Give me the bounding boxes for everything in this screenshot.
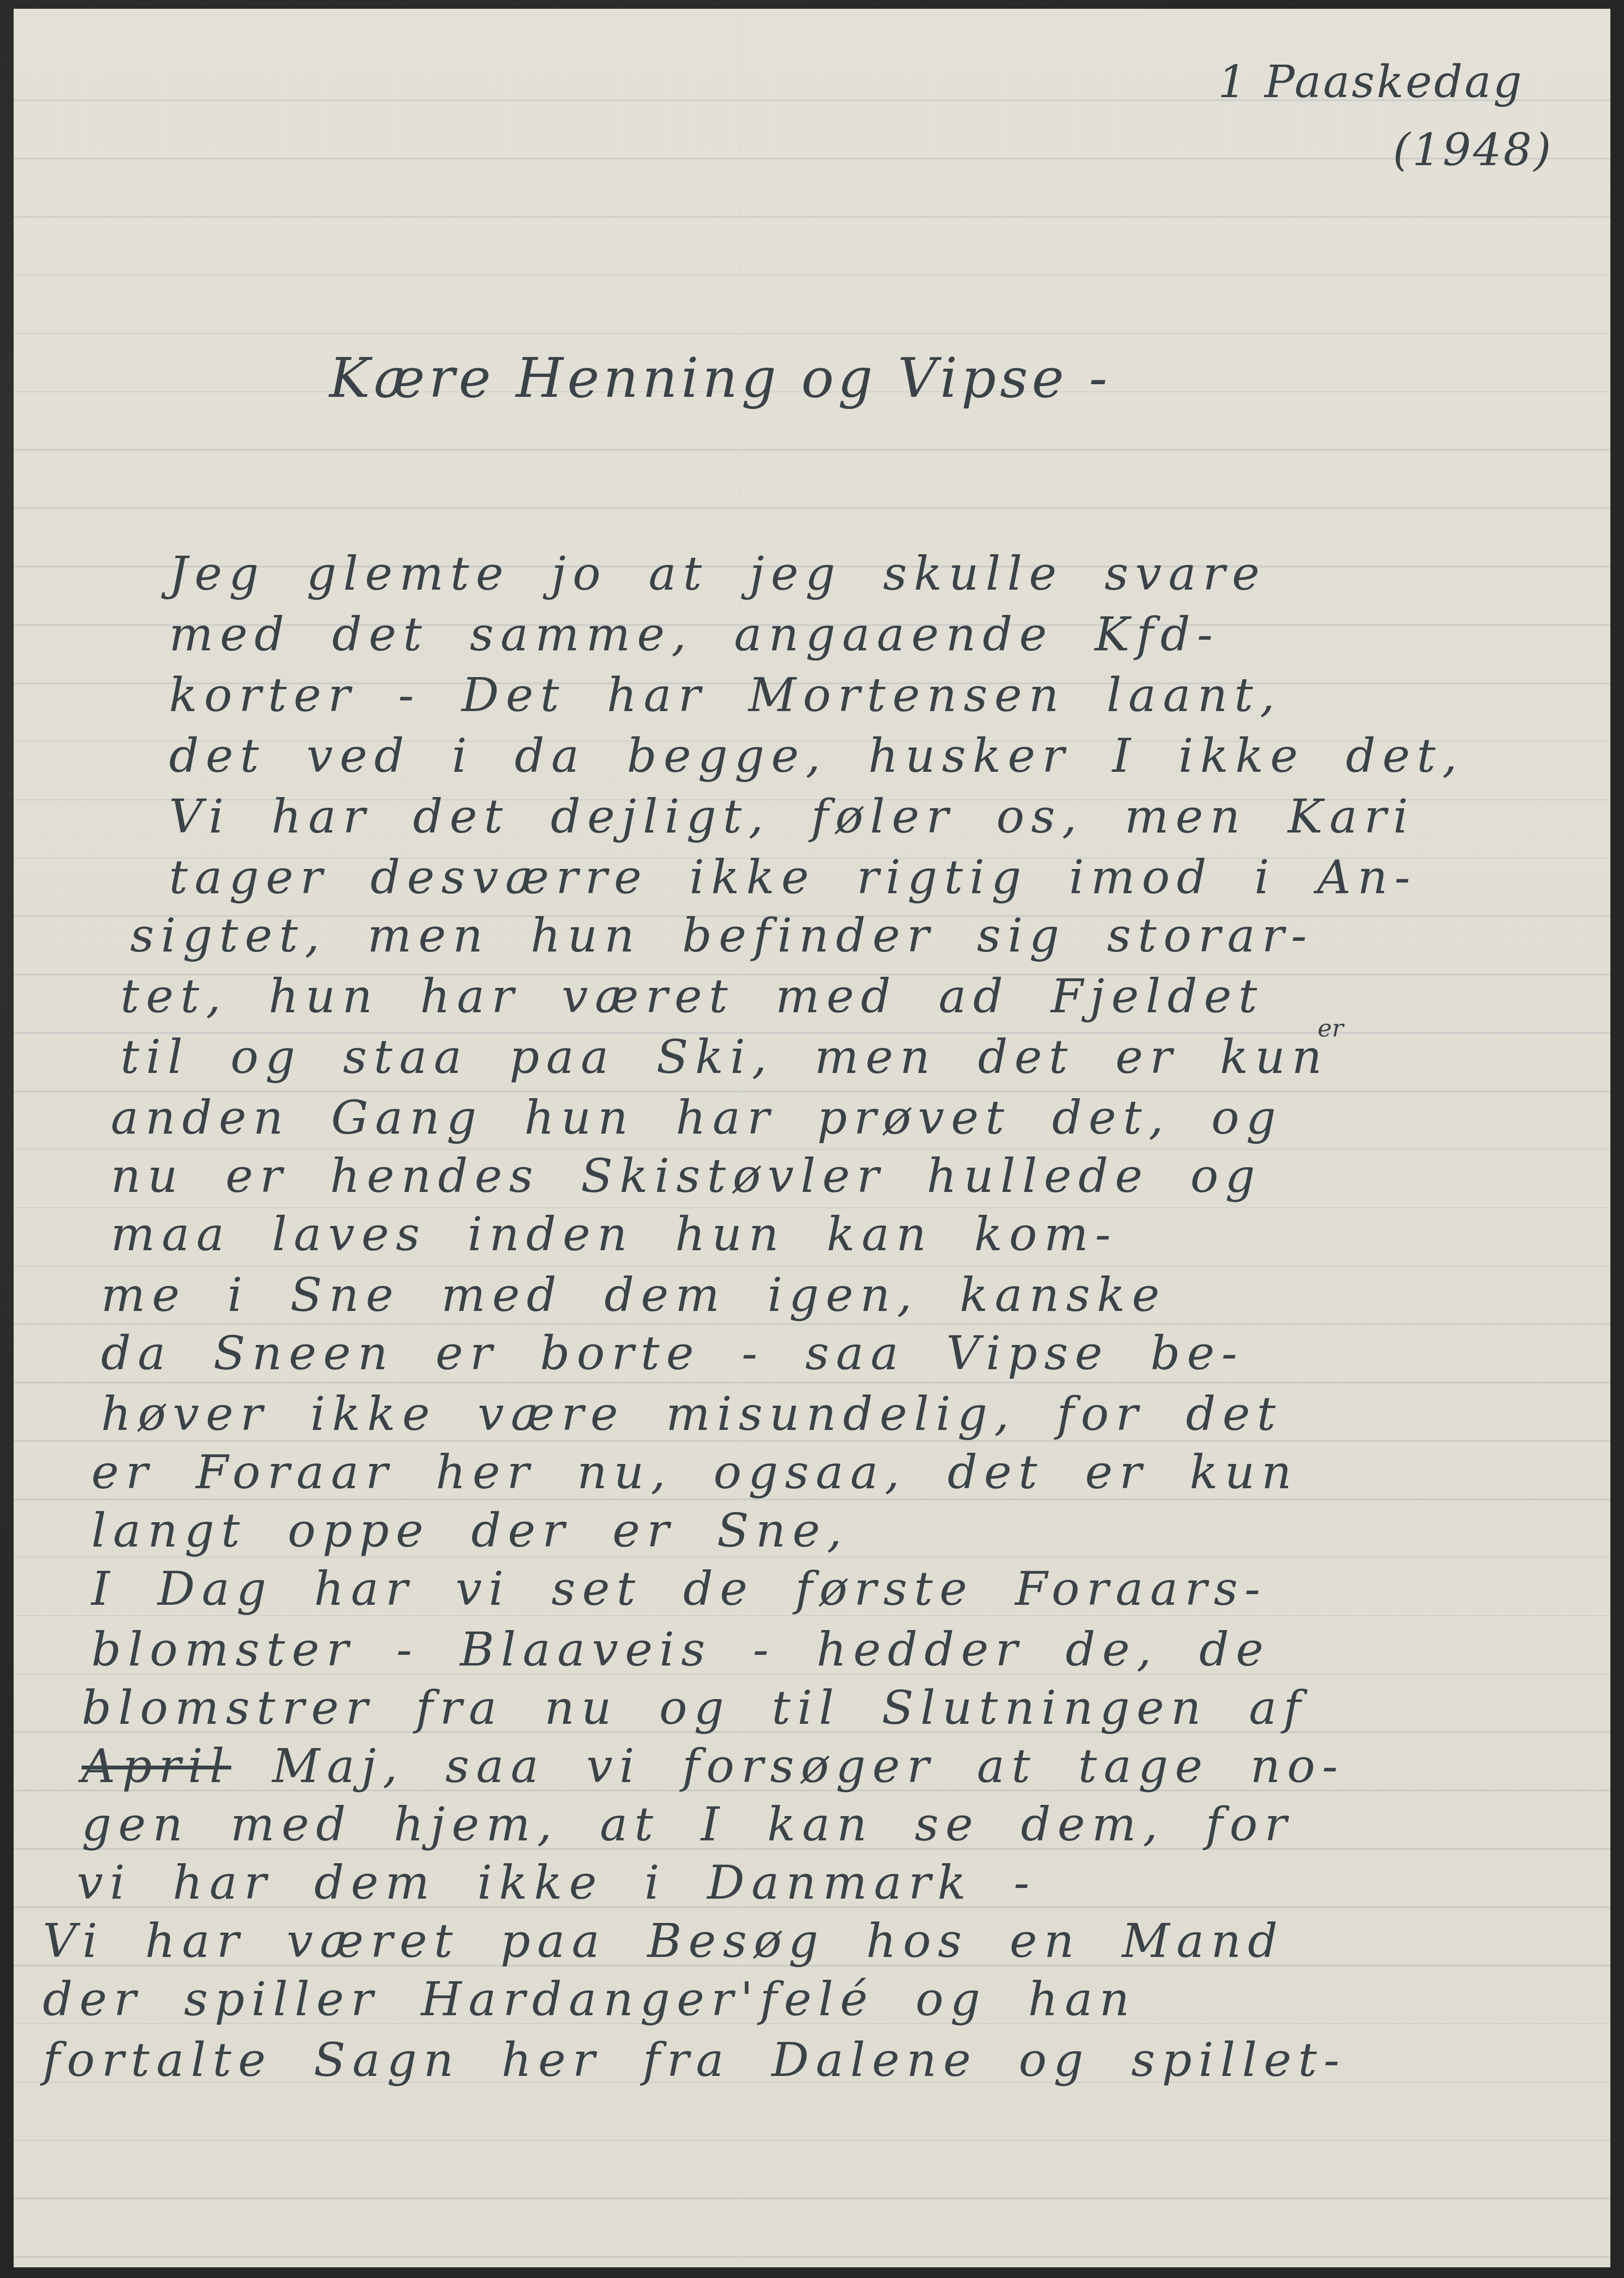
body-line: det ved i da begge, husker I ikke det,: [169, 732, 1464, 779]
letter-page: 1 Paaskedag (1948) Kære Henning og Vipse…: [14, 9, 1610, 2267]
body-line: langt oppe der er Sne,: [91, 1507, 848, 1554]
body-line: fortalte Sagn her fra Dalene og spillet-: [43, 2037, 1346, 2083]
body-line-with-strike: April Maj, saa vi forsøger at tage no-: [82, 1743, 1345, 1789]
greeting: Kære Henning og Vipse -: [329, 351, 1111, 406]
body-line: Vi har det dejligt, føler os, men Kari: [169, 793, 1415, 840]
body-line: Jeg glemte jo at jeg skulle svare: [169, 550, 1267, 597]
body-line: tager desværre ikke rigtig imod i An-: [169, 854, 1417, 901]
struck-word: April: [82, 1739, 231, 1793]
body-line: er Foraar her nu, ogsaa, det er kun: [91, 1449, 1298, 1496]
body-line: vi har dem ikke i Danmark -: [77, 1859, 1036, 1906]
year-note: (1948): [1393, 128, 1553, 172]
body-line: nu er hendes Skistøvler hullede og: [111, 1153, 1262, 1199]
body-line: maa laves inden hun kan kom-: [111, 1211, 1117, 1258]
date-line: 1 Paaskedag: [1218, 60, 1523, 104]
body-line: blomstrer fra nu og til Slutningen af: [82, 1684, 1307, 1731]
body-line: der spiller Hardanger'felé og han: [43, 1976, 1136, 2023]
body-line: Vi har været paa Besøg hos en Mand: [43, 1918, 1285, 1964]
body-line: til og staa paa Ski, men det er kun: [120, 1034, 1329, 1080]
body-line: I Dag har vi set de første Foraars-: [91, 1565, 1267, 1612]
body-line: anden Gang hun har prøvet det, og: [111, 1094, 1283, 1141]
body-line: gen med hjem, at I kan se dem, for: [82, 1801, 1294, 1848]
body-line: korter - Det har Mortensen laant,: [169, 672, 1282, 718]
body-line: med det samme, angaaende Kfd-: [169, 611, 1219, 658]
body-line: blomster - Blaaveis - hedder de, de: [91, 1626, 1270, 1673]
body-line: da Sneen er borte - saa Vipse be-: [101, 1330, 1244, 1377]
body-line: sigtet, men hun befinder sig storar-: [130, 912, 1314, 959]
body-line: me i Sne med dem igen, kanske: [101, 1272, 1166, 1318]
body-line: høver ikke være misundelig, for det: [101, 1391, 1283, 1437]
body-line-text: Maj, saa vi forsøger at tage no-: [272, 1739, 1345, 1793]
body-line: tet, hun har været med ad Fjeldet: [120, 973, 1264, 1020]
